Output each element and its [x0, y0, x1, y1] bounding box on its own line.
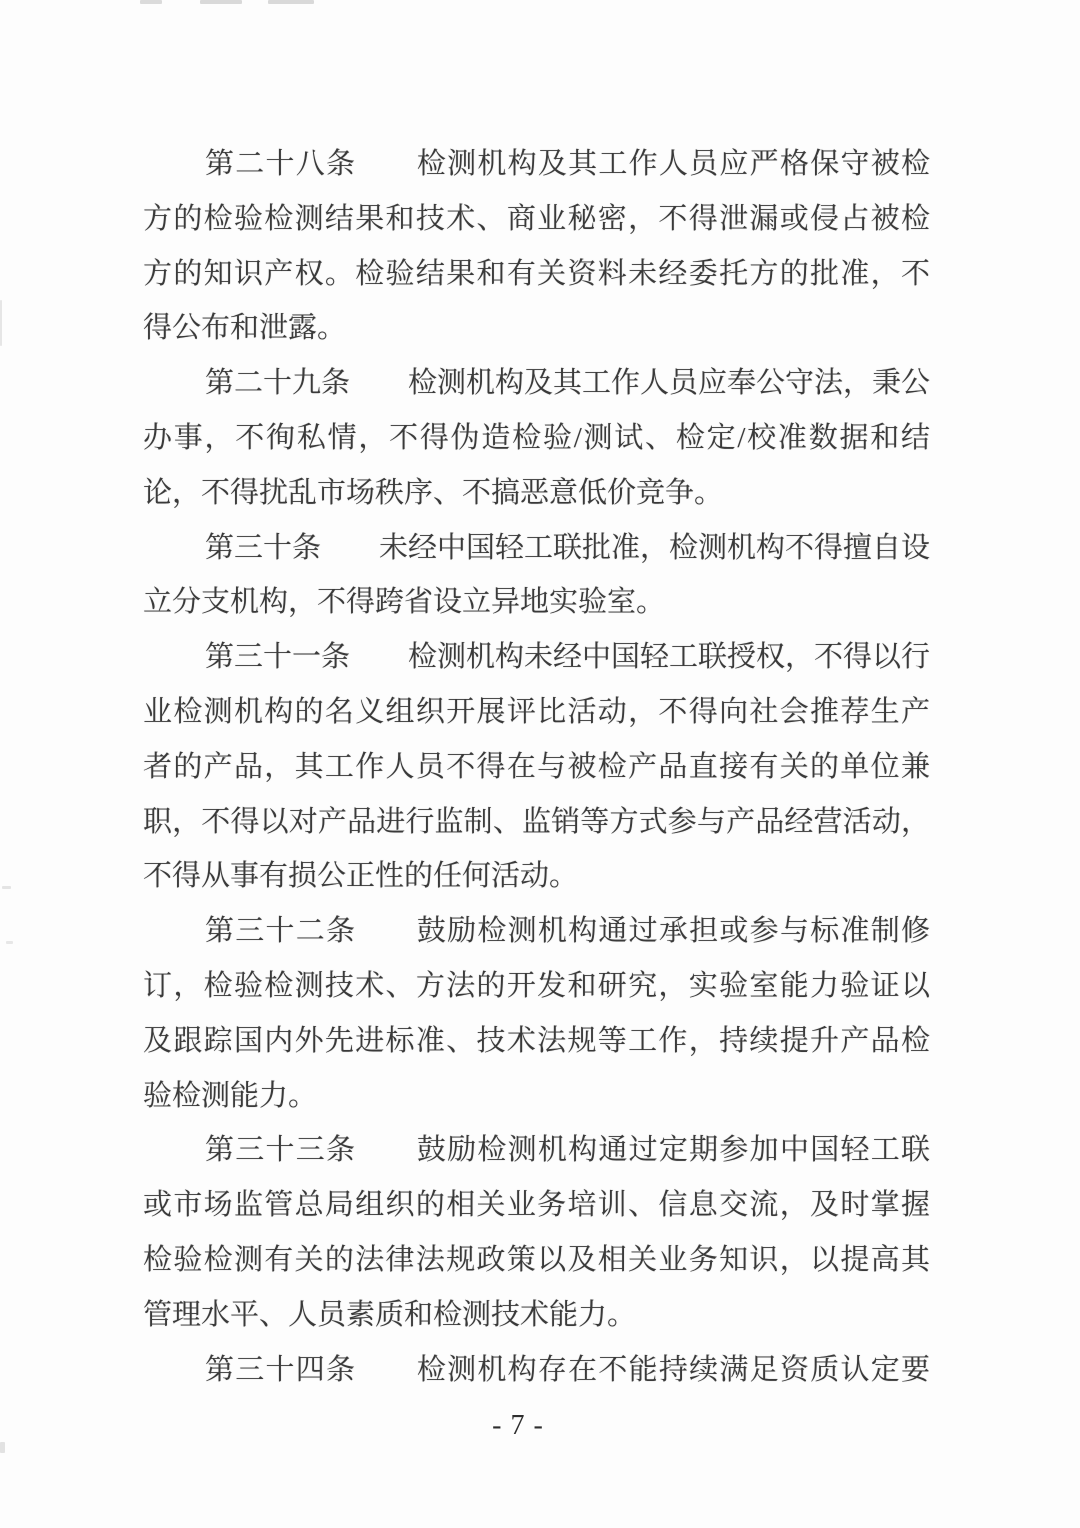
document-line: 管理水平、人员素质和检测技术能力。	[143, 1288, 930, 1343]
document-line: 业检测机构的名义组织开展评比活动，不得向社会推荐生产	[143, 685, 930, 740]
document-line: 或市场监管总局组织的相关业务培训、信息交流，及时掌握	[143, 1178, 930, 1233]
document-line: 者的产品，其工作人员不得在与被检产品直接有关的单位兼	[143, 740, 930, 795]
scan-artifact-edge	[6, 941, 13, 944]
document-line: 第三十四条 检测机构存在不能持续满足资质认定要	[143, 1343, 930, 1398]
scan-artifact-top	[200, 0, 242, 4]
document-line: 论，不得扰乱市场秩序、不搞恶意低价竞争。	[143, 466, 930, 521]
scan-artifact-edge	[0, 1442, 5, 1453]
document-line: 得公布和泄露。	[143, 301, 930, 356]
document-line: 第三十二条 鼓励检测机构通过承担或参与标准制修	[143, 904, 930, 959]
document-body: 第二十八条 检测机构及其工作人员应严格保守被检方的检验检测结果和技术、商业秘密，…	[143, 137, 930, 1397]
document-line: 办事，不徇私情，不得伪造检验/测试、检定/校准数据和结	[143, 411, 930, 466]
document-line: 职，不得以对产品进行监制、监销等方式参与产品经营活动，	[143, 795, 930, 850]
document-line: 不得从事有损公正性的任何活动。	[143, 849, 930, 904]
document-line: 第三十条 未经中国轻工联批准，检测机构不得擅自设	[143, 521, 930, 576]
document-line: 验检测能力。	[143, 1069, 930, 1124]
document-line: 及跟踪国内外先进标准、技术法规等工作，持续提升产品检	[143, 1014, 930, 1069]
scan-artifact-top	[140, 0, 162, 4]
document-line: 方的检验检测结果和技术、商业秘密，不得泄漏或侵占被检	[143, 192, 930, 247]
scan-artifact-edge	[2, 886, 11, 889]
scan-artifact-top	[268, 0, 314, 4]
document-line: 订，检验检测技术、方法的开发和研究，实验室能力验证以	[143, 959, 930, 1014]
document-line: 第二十九条 检测机构及其工作人员应奉公守法，秉公	[143, 356, 930, 411]
document-line: 第三十三条 鼓励检测机构通过定期参加中国轻工联	[143, 1123, 930, 1178]
document-line: 第二十八条 检测机构及其工作人员应严格保守被检	[143, 137, 930, 192]
scanned-document-page: 第二十八条 检测机构及其工作人员应严格保守被检方的检验检测结果和技术、商业秘密，…	[0, 0, 1080, 1528]
document-line: 第三十一条 检测机构未经中国轻工联授权，不得以行	[143, 630, 930, 685]
document-line: 立分支机构，不得跨省设立异地实验室。	[143, 575, 930, 630]
document-line: 检验检测有关的法律法规政策以及相关业务知识，以提高其	[143, 1233, 930, 1288]
document-line: 方的知识产权。检验结果和有关资料未经委托方的批准，不	[143, 247, 930, 302]
scan-artifact-edge	[0, 300, 2, 346]
page-number: - 7 -	[0, 1410, 1036, 1442]
